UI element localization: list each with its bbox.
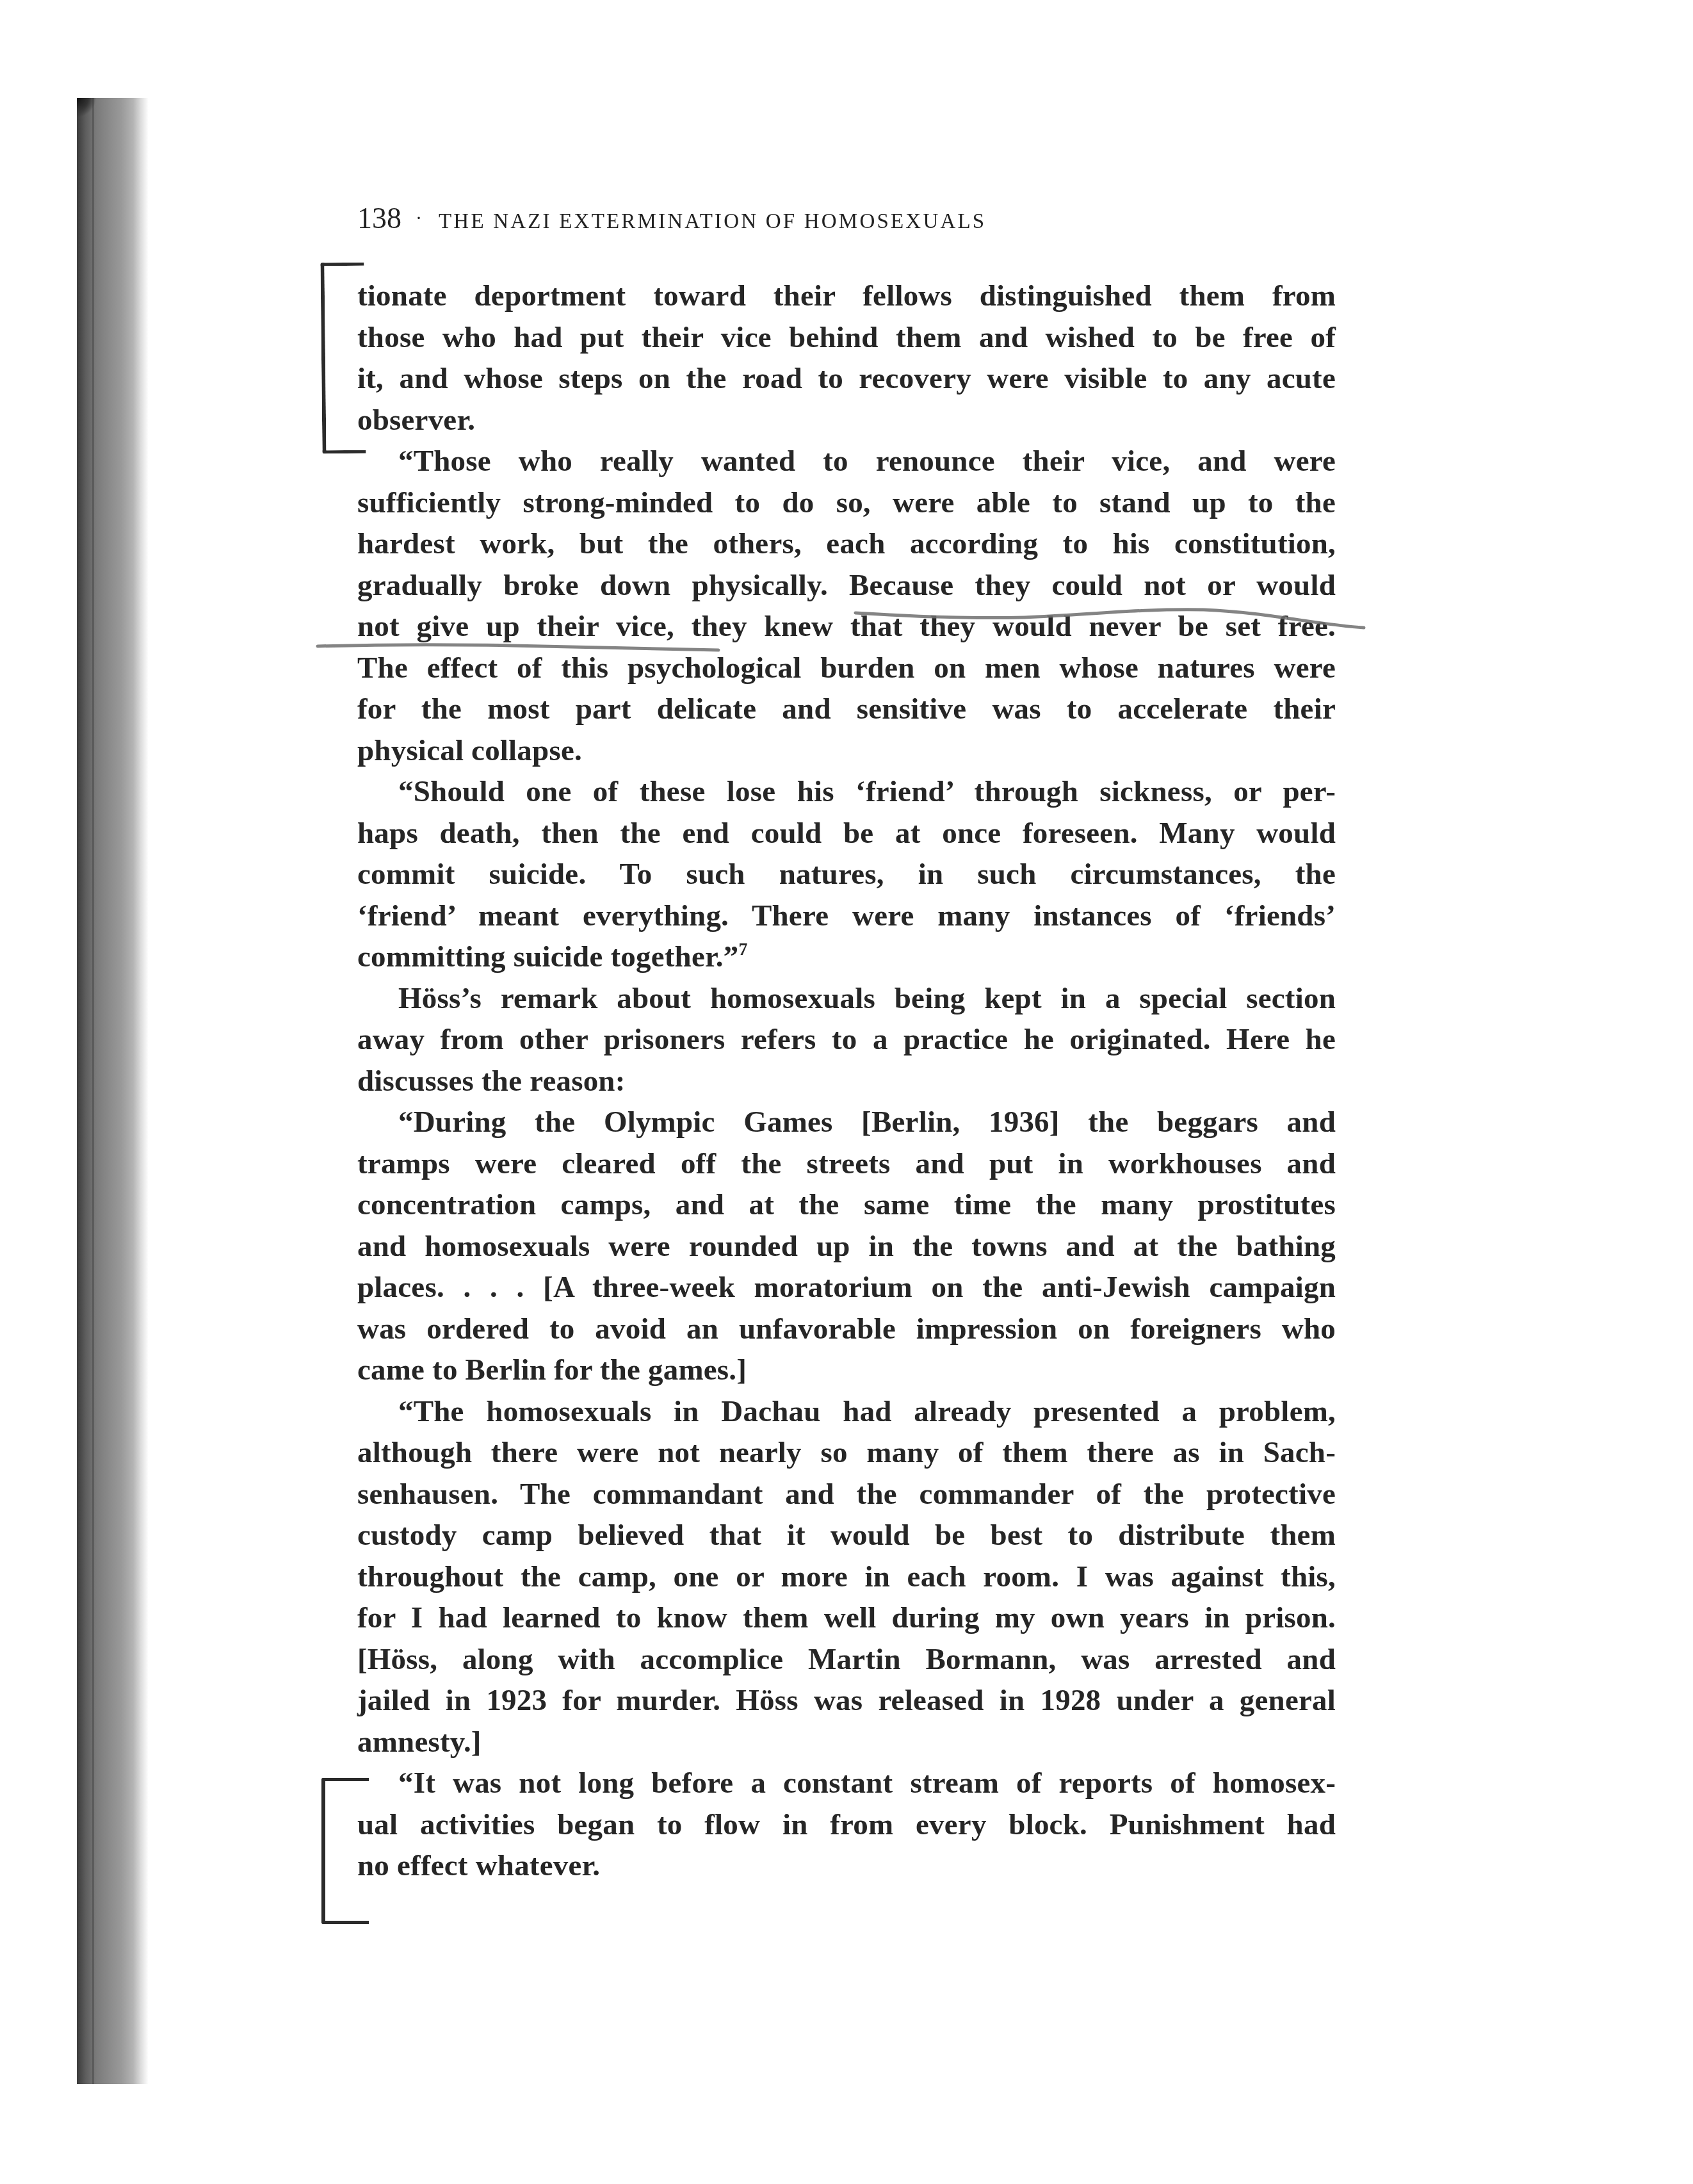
page-number: 138: [357, 202, 401, 234]
text-line: not give up their vice, they knew that t…: [357, 606, 1336, 647]
text-line: The effect of this psychological burden …: [357, 648, 1336, 689]
paragraph-start-line: “During the Olympic Games [Berlin, 1936]…: [357, 1102, 1336, 1143]
text-line-content: committing suicide together.”: [357, 940, 738, 974]
text-line: jailed in 1923 for murder. Höss was rele…: [357, 1680, 1336, 1721]
paragraph-start-line: Höss’s remark about homosexuals being ke…: [357, 978, 1336, 1019]
text-line: came to Berlin for the games.]: [357, 1349, 1336, 1390]
text-line: discusses the reason:: [357, 1061, 1336, 1102]
text-line: ual activities began to flow in from eve…: [357, 1804, 1336, 1845]
text-line: amnesty.]: [357, 1722, 1336, 1763]
text-line: and homosexuals were rounded up in the t…: [357, 1226, 1336, 1267]
text-line: custody camp believed that it would be b…: [357, 1515, 1336, 1556]
text-line: observer.: [357, 400, 1336, 441]
text-line: commit suicide. To such natures, in such…: [357, 854, 1336, 895]
paragraph-start-line: “The homosexuals in Dachau had already p…: [357, 1391, 1336, 1432]
text-line: tramps were cleared off the streets and …: [357, 1143, 1336, 1184]
paragraph-start-line: “It was not long before a constant strea…: [357, 1763, 1336, 1804]
text-line: away from other prisoners refers to a pr…: [357, 1019, 1336, 1060]
text-line: senhausen. The commandant and the comman…: [357, 1474, 1336, 1515]
text-line: committing suicide together.”7: [357, 936, 1336, 977]
header-separator: ·: [416, 202, 422, 234]
text-line: throughout the camp, one or more in each…: [357, 1556, 1336, 1597]
text-line: haps death, then the end could be at onc…: [357, 813, 1336, 854]
text-line: gradually broke down physically. Because…: [357, 565, 1336, 606]
text-line: concentration camps, and at the same tim…: [357, 1184, 1336, 1225]
text-line: it, and whose steps on the road to recov…: [357, 358, 1336, 399]
text-line: although there were not nearly so many o…: [357, 1432, 1336, 1473]
book-binding-shadow: [77, 98, 149, 2084]
text-line: was ordered to avoid an unfavorable impr…: [357, 1308, 1336, 1349]
running-title: THE NAZI EXTERMINATION OF HOMOSEXUALS: [439, 210, 986, 233]
text-line: for I had learned to know them well duri…: [357, 1597, 1336, 1638]
footnote-marker[interactable]: 7: [738, 940, 747, 959]
text-line: physical collapse.: [357, 730, 1336, 771]
text-line: ‘friend’ meant everything. There were ma…: [357, 895, 1336, 936]
text-line: sufficiently strong-minded to do so, wer…: [357, 482, 1336, 523]
paragraph-start-line: “Should one of these lose his ‘friend’ t…: [357, 771, 1336, 812]
text-line: places. . . . [A three-week moratorium o…: [357, 1267, 1336, 1308]
text-line: those who had put their vice behind them…: [357, 317, 1336, 358]
text-line: [Höss, along with accomplice Martin Borm…: [357, 1639, 1336, 1680]
text-line: hardest work, but the others, each accor…: [357, 523, 1336, 564]
text-line: no effect whatever.: [357, 1845, 1336, 1886]
paragraph-start-line: “Those who really wanted to renounce the…: [357, 441, 1336, 482]
text-line: for the most part delicate and sensitive…: [357, 689, 1336, 729]
text-line: tionate deportment toward their fellows …: [357, 275, 1336, 316]
running-head: 138·THE NAZI EXTERMINATION OF HOMOSEXUAL…: [357, 202, 986, 234]
